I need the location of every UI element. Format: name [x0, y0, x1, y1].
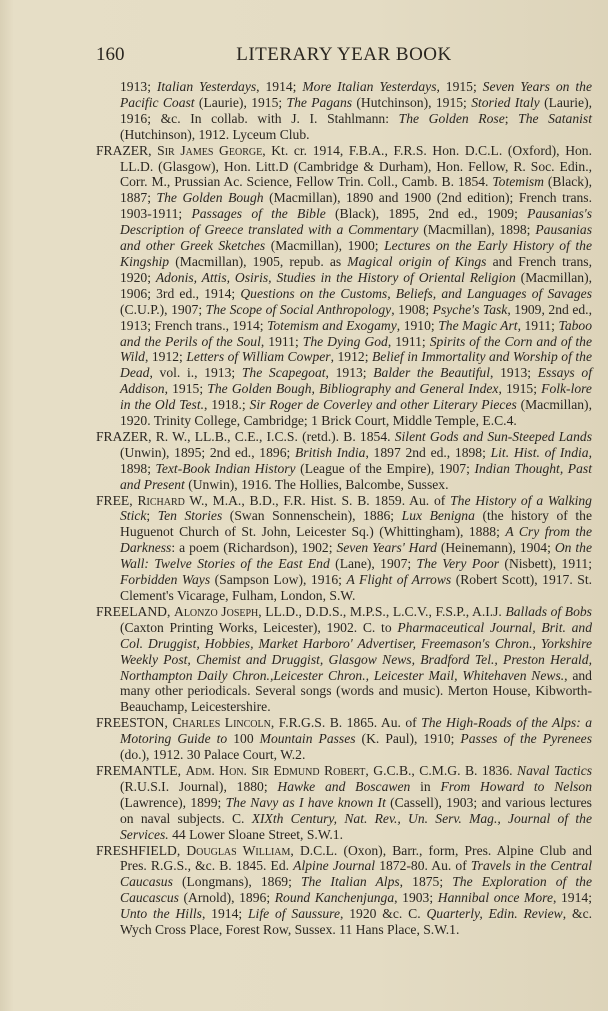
- work-title: The Dying God: [303, 334, 388, 349]
- work-title: Balder the Beautiful: [373, 365, 490, 380]
- work-title: More Italian Yesterdays: [302, 79, 436, 94]
- work-title: Questions on the Customs, Beliefs, and L…: [240, 286, 592, 301]
- entry-text: (C.U.P.), 1907;: [120, 302, 206, 317]
- entry-given-name: Charles Lincoln: [172, 715, 271, 730]
- entry-text: , 1913;: [490, 365, 538, 380]
- entry-text: , 1912;: [145, 349, 186, 364]
- work-title: British India: [295, 445, 365, 460]
- entry-surname: FREELAND,: [96, 604, 174, 619]
- entry-text: , 1914;: [553, 890, 592, 905]
- entry-text: ;: [505, 111, 518, 126]
- entry-text: , 1911;: [388, 334, 430, 349]
- entry-text: (Lawrence), 1899;: [120, 795, 226, 810]
- work-title: Totemism: [492, 174, 544, 189]
- entry-text: (Macmillan), 1905, repub. as: [169, 254, 347, 269]
- work-title: Alpine Journal: [293, 858, 375, 873]
- entry-text: , 1914;: [202, 906, 248, 921]
- entry-given-name: Richard W.: [137, 493, 204, 508]
- work-title: Hannibal once More: [438, 890, 553, 905]
- entry-text: (R.U.S.I. Journal), 1880;: [120, 779, 277, 794]
- work-title: The Very Poor: [417, 556, 500, 571]
- entry-text: (Unwin), 1895; 2nd ed., 1896;: [120, 445, 295, 460]
- work-title: Totemism and Exogamy: [267, 318, 397, 333]
- entry-text: , F.R.G.S. B. 1865. Au. of: [271, 715, 421, 730]
- work-title: Italian Yesterdays: [157, 79, 256, 94]
- entry-given-name: Sir James George: [157, 143, 262, 158]
- work-title: Psyche's Task: [433, 302, 508, 317]
- entry-text: , 1911;: [261, 334, 303, 349]
- entry-given-name: Alonzo Joseph: [174, 604, 258, 619]
- work-title: Unto the Hills: [120, 906, 202, 921]
- entry-text: , vol. i., 1913;: [149, 365, 241, 380]
- entry-text: , 1915;: [498, 381, 541, 396]
- entry-frazer-r-w: FRAZER, R. W., LL.B., C.E., I.C.S. (retd…: [96, 429, 592, 493]
- entry-text: : a poem (Richardson), 1902;: [171, 540, 336, 555]
- work-title: Forbidden Ways: [120, 572, 210, 587]
- work-title: Passes of the Pyrenees: [460, 731, 592, 746]
- entry-text: (K. Paul), 1910;: [356, 731, 461, 746]
- work-title: Lit. Hist. of India: [491, 445, 589, 460]
- work-title: Silent Gods and Sun-Steeped Lands: [395, 429, 592, 444]
- entry-surname: FRAZER,: [96, 143, 157, 158]
- entry-text: 1913;: [120, 79, 157, 94]
- entry-given-name: Adm. Hon. Sir Edmund Robert: [185, 763, 365, 778]
- work-title: The Satanist: [518, 111, 592, 126]
- entry-text: , 1914;: [256, 79, 302, 94]
- entry-text: , 1910;: [397, 318, 438, 333]
- entry-surname: FREE,: [96, 493, 137, 508]
- entry-text: , M.A., B.D., F.R. Hist. S. B. 1859. Au.…: [204, 493, 450, 508]
- entry-surname: FREESTON,: [96, 715, 172, 730]
- entry-text: 100: [227, 731, 259, 746]
- entry-text: ;: [146, 508, 157, 523]
- entry-given-name: Douglas William: [186, 843, 290, 858]
- entry-frazer-james-george: FRAZER, Sir James George, Kt. cr. 1914, …: [96, 143, 592, 429]
- entry-text: (Unwin), 1916. The Hollies, Balcombe, Su…: [185, 477, 449, 492]
- entry-text: (Longmans), 1869;: [173, 874, 301, 889]
- entry-text: , LL.D., D.D.S., M.P.S., L.C.V., F.S.P.,…: [258, 604, 505, 619]
- work-title: Magical origin of Kings: [347, 254, 486, 269]
- work-title: Mountain Passes: [260, 731, 356, 746]
- entry-text: (Arnold), 1896;: [179, 890, 275, 905]
- work-title: Hawke and Boscawen: [277, 779, 410, 794]
- work-title: Sir Roger de Coverley and other Literary…: [250, 397, 517, 412]
- entry-surname: FRAZER, R. W., LL.B., C.E., I.C.S. (retd…: [96, 429, 343, 444]
- entry-free-richard-w: FREE, Richard W., M.A., B.D., F.R. Hist.…: [96, 493, 592, 604]
- entry-freshfield-douglas-william: FRESHFIELD, Douglas William, D.C.L. (Oxo…: [96, 843, 592, 938]
- entry-text: , 1915;: [436, 79, 482, 94]
- work-title: The Magic Art: [438, 318, 517, 333]
- entry-text: (Black), 1895, 2nd ed., 1909;: [326, 206, 527, 221]
- entry-text: 44 Lower Sloane Street, S.W.1.: [169, 827, 343, 842]
- work-title: The Navy as I have known It: [226, 795, 386, 810]
- work-title: A Flight of Arrows: [346, 572, 451, 587]
- entry-text: (Macmillan), 1898;: [418, 222, 535, 237]
- work-title: Ten Stories: [158, 508, 222, 523]
- work-title: Seven Years' Hard: [336, 540, 436, 555]
- work-title: The Golden Bough: [157, 190, 264, 205]
- work-title: The Golden Bough, Bibliography and Gener…: [207, 381, 498, 396]
- entry-surname: FRESHFIELD,: [96, 843, 186, 858]
- entry-text: B. 1854.: [343, 429, 394, 444]
- entry-text: (Heinemann), 1904;: [437, 540, 555, 555]
- work-title: The Italian Alps: [301, 874, 400, 889]
- work-title: Life of Saussure: [248, 906, 340, 921]
- page-header: 160 LITERARY YEAR BOOK: [96, 44, 592, 70]
- entry-text: (Nisbett), 1911;: [499, 556, 592, 571]
- entry-freeston-charles-lincoln: FREESTON, Charles Lincoln, F.R.G.S. B. 1…: [96, 715, 592, 763]
- work-title: From Howard to Nelson: [440, 779, 592, 794]
- entry-text: (Caxton Printing Works, Leicester), 1902…: [120, 620, 397, 635]
- entry-text: (Laurie), 1915;: [195, 95, 287, 110]
- entry-fremantle-edmund-robert: FREMANTLE, Adm. Hon. Sir Edmund Robert, …: [96, 763, 592, 843]
- work-title: Text-Book Indian History: [156, 461, 296, 476]
- directory-entries: 1913; Italian Yesterdays, 1914; More Ita…: [96, 79, 592, 938]
- entry-text: , 1908;: [391, 302, 432, 317]
- entry-text: , 1875;: [400, 874, 453, 889]
- work-title: Letters of William Cowper: [186, 349, 330, 364]
- entry-text: (Swan Sonnenschein), 1886;: [222, 508, 401, 523]
- work-title: Naval Tactics: [517, 763, 592, 778]
- entry-text: in: [410, 779, 440, 794]
- entry-text: , 1912;: [331, 349, 372, 364]
- work-title: The Golden Rose: [399, 111, 505, 126]
- work-title: The Pagans: [287, 95, 353, 110]
- entry-text: , 1911;: [518, 318, 559, 333]
- entry-text: , 1920 &c. C.: [340, 906, 426, 921]
- work-title: Round Kanchenjunga: [275, 890, 394, 905]
- work-title: Ballads of Bobs: [505, 604, 592, 619]
- entry-text: , 1913;: [326, 365, 374, 380]
- entry-text: , 1903;: [394, 890, 438, 905]
- work-title: Passages of the Bible: [191, 206, 325, 221]
- entry-text: (Lane), 1907;: [330, 556, 417, 571]
- entry-text: (Hutchinson), 1912. Lyceum Club.: [120, 127, 310, 142]
- entry-text: (Sampson Low), 1916;: [210, 572, 346, 587]
- work-title: Adonis, Attis, Osiris, Studies in the Hi…: [156, 270, 516, 285]
- work-title: Storied Italy: [471, 95, 540, 110]
- entry-text: (Hutchinson), 1915;: [352, 95, 471, 110]
- entry-text: , 1918.;: [204, 397, 250, 412]
- work-title: Quarterly, Edin. Review: [426, 906, 562, 921]
- entry-surname: FREMANTLE,: [96, 763, 185, 778]
- entry-continued: 1913; Italian Yesterdays, 1914; More Ita…: [96, 79, 592, 143]
- work-title: Lux Benigna: [402, 508, 475, 523]
- work-title: The Scope of Social Anthropology: [206, 302, 392, 317]
- entry-text: (League of the Empire), 1907;: [296, 461, 475, 476]
- entry-text: (do.), 1912. 30 Palace Court, W.2.: [120, 747, 305, 762]
- entry-text: (Macmillan), 1900;: [265, 238, 384, 253]
- entry-freeland-alonzo-joseph: FREELAND, Alonzo Joseph, LL.D., D.D.S., …: [96, 604, 592, 715]
- work-title: The Scapegoat: [242, 365, 326, 380]
- entry-text: , G.C.B., C.M.G. B. 1836.: [365, 763, 517, 778]
- entry-text: , 1897 2nd ed., 1898;: [365, 445, 490, 460]
- running-head: LITERARY YEAR BOOK: [96, 44, 592, 66]
- entry-text: , 1915;: [165, 381, 208, 396]
- entry-text: 1872-80. Au. of: [375, 858, 471, 873]
